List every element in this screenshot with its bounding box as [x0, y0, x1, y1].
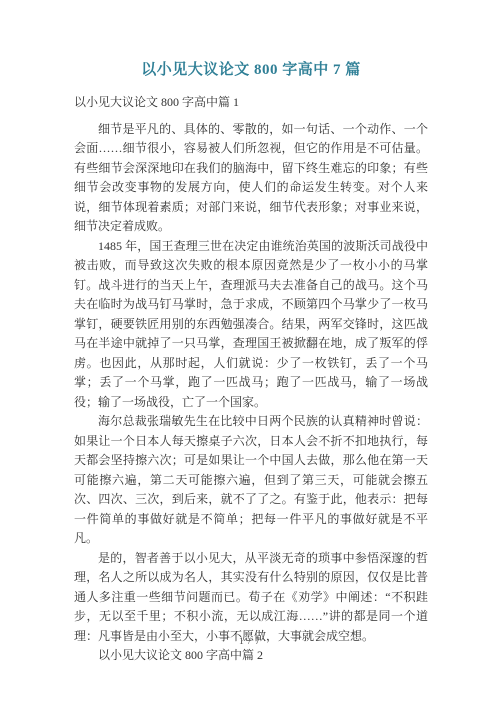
- document-title: 以小见大议论文 800 字高中 7 篇: [74, 60, 428, 81]
- paragraph-details-intro: 细节是平凡的、具体的、零散的，如一句话、一个动作、一个会面……细节很小，容易被人…: [74, 120, 428, 237]
- paragraph-conclusion-xunzi: 是的，智者善于以小见大，从平淡无奇的琐事中参悟深邃的哲理，名人之所以成为名人，其…: [74, 549, 428, 647]
- page-number-indicator: 1 / 7: [0, 637, 500, 647]
- paragraph-zhang-ruimin-quote: 海尔总裁张瑞敏先生在比较中日两个民族的认真精神时曾说：如果让一个日本人每天擦桌子…: [74, 412, 428, 549]
- section-2-heading: 以小见大议论文 800 字高中篇 2: [74, 646, 428, 666]
- paragraph-horseshoe-nail-story: 1485 年，国王查理三世在决定由谁统治英国的波斯沃司战役中被击败，而导致这次失…: [74, 237, 428, 413]
- section-1-heading: 以小见大议论文 800 字高中篇 1: [74, 93, 428, 113]
- document-page: 以小见大议论文 800 字高中 7 篇 以小见大议论文 800 字高中篇 1 细…: [0, 0, 500, 707]
- document-body: 以小见大议论文 800 字高中 7 篇 以小见大议论文 800 字高中篇 1 细…: [0, 0, 500, 666]
